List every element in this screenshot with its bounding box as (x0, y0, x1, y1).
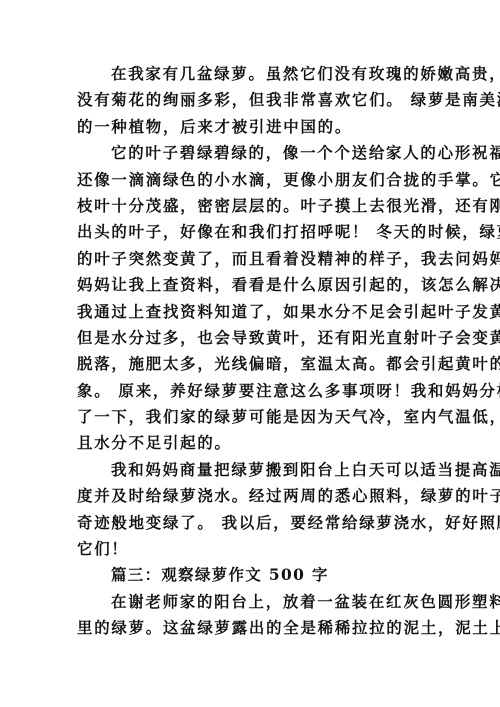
text-line: 的一种植物，后来才被引进中国的。 (77, 114, 427, 140)
text-line: 在我家有几盆绿萝。虽然它们没有玫瑰的娇嫩高贵，也 (77, 61, 427, 87)
text-line: 我和妈妈商量把绿萝搬到阳台上白天可以适当提高温 (77, 457, 427, 483)
text-line: 在谢老师家的阳台上，放着一盆装在红灰色圆形塑料盆 (77, 589, 427, 615)
text-line: 没有菊花的绚丽多彩，但我非常喜欢它们。 绿萝是南美洲 (77, 87, 427, 113)
section-title: 篇三：观察绿萝作文 500 字 (77, 562, 427, 588)
paragraph-1: 在我家有几盆绿萝。虽然它们没有玫瑰的娇嫩高贵，也 没有菊花的绚丽多彩，但我非常喜… (77, 61, 427, 140)
text-line: 了一下，我们家的绿萝可能是因为天气冷，室内气温低，而 (77, 404, 427, 430)
document-body: 在我家有几盆绿萝。虽然它们没有玫瑰的娇嫩高贵，也 没有菊花的绚丽多彩，但我非常喜… (77, 61, 427, 642)
document-page: 在我家有几盆绿萝。虽然它们没有玫瑰的娇嫩高贵，也 没有菊花的绚丽多彩，但我非常喜… (0, 0, 500, 707)
paragraph-2: 它的叶子碧绿碧绿的，像一个个送给家人的心形祝福礼， 还像一滴滴绿色的小水滴，更像… (77, 140, 427, 457)
paragraph-4: 在谢老师家的阳台上，放着一盆装在红灰色圆形塑料盆 里的绿萝。这盆绿萝露出的全是稀… (77, 589, 427, 642)
text-line: 度并及时给绿萝浇水。经过两周的悉心照料，绿萝的叶子又 (77, 483, 427, 509)
text-line: 脱落，施肥太多，光线偏暗，室温太高。都会引起黄叶的现 (77, 351, 427, 377)
text-line: 我通过上查找资料知道了，如果水分不足会引起叶子发黄， (77, 299, 427, 325)
text-line: 象。 原来，养好绿萝要注意这么多事项呀！我和妈妈分析 (77, 378, 427, 404)
text-line: 的叶子突然变黄了，而且看着没精神的样子，我去问妈妈， (77, 246, 427, 272)
text-line: 里的绿萝。这盆绿萝露出的全是稀稀拉拉的泥土，泥土上杂 (77, 615, 427, 641)
text-line: 妈妈让我上查资料，看看是什么原因引起的，该怎么解决。 (77, 272, 427, 298)
text-line: 它们！ (77, 536, 427, 562)
text-line: 奇迹般地变绿了。 我以后，要经常给绿萝浇水，好好照顾 (77, 510, 427, 536)
text-line: 出头的叶子，好像在和我们打招呼呢！ 冬天的时候，绿萝 (77, 219, 427, 245)
text-line: 还像一滴滴绿色的小水滴，更像小朋友们合拢的手掌。它的 (77, 167, 427, 193)
paragraph-3: 我和妈妈商量把绿萝搬到阳台上白天可以适当提高温 度并及时给绿萝浇水。经过两周的悉… (77, 457, 427, 563)
section-heading: 篇三：观察绿萝作文 500 字 (77, 562, 427, 588)
text-line: 且水分不足引起的。 (77, 430, 427, 456)
text-line: 枝叶十分茂盛，密密层层的。叶子摸上去很光滑，还有刚探 (77, 193, 427, 219)
text-line: 它的叶子碧绿碧绿的，像一个个送给家人的心形祝福礼， (77, 140, 427, 166)
text-line: 但是水分过多，也会导致黄叶，还有阳光直射叶子会变黄或 (77, 325, 427, 351)
